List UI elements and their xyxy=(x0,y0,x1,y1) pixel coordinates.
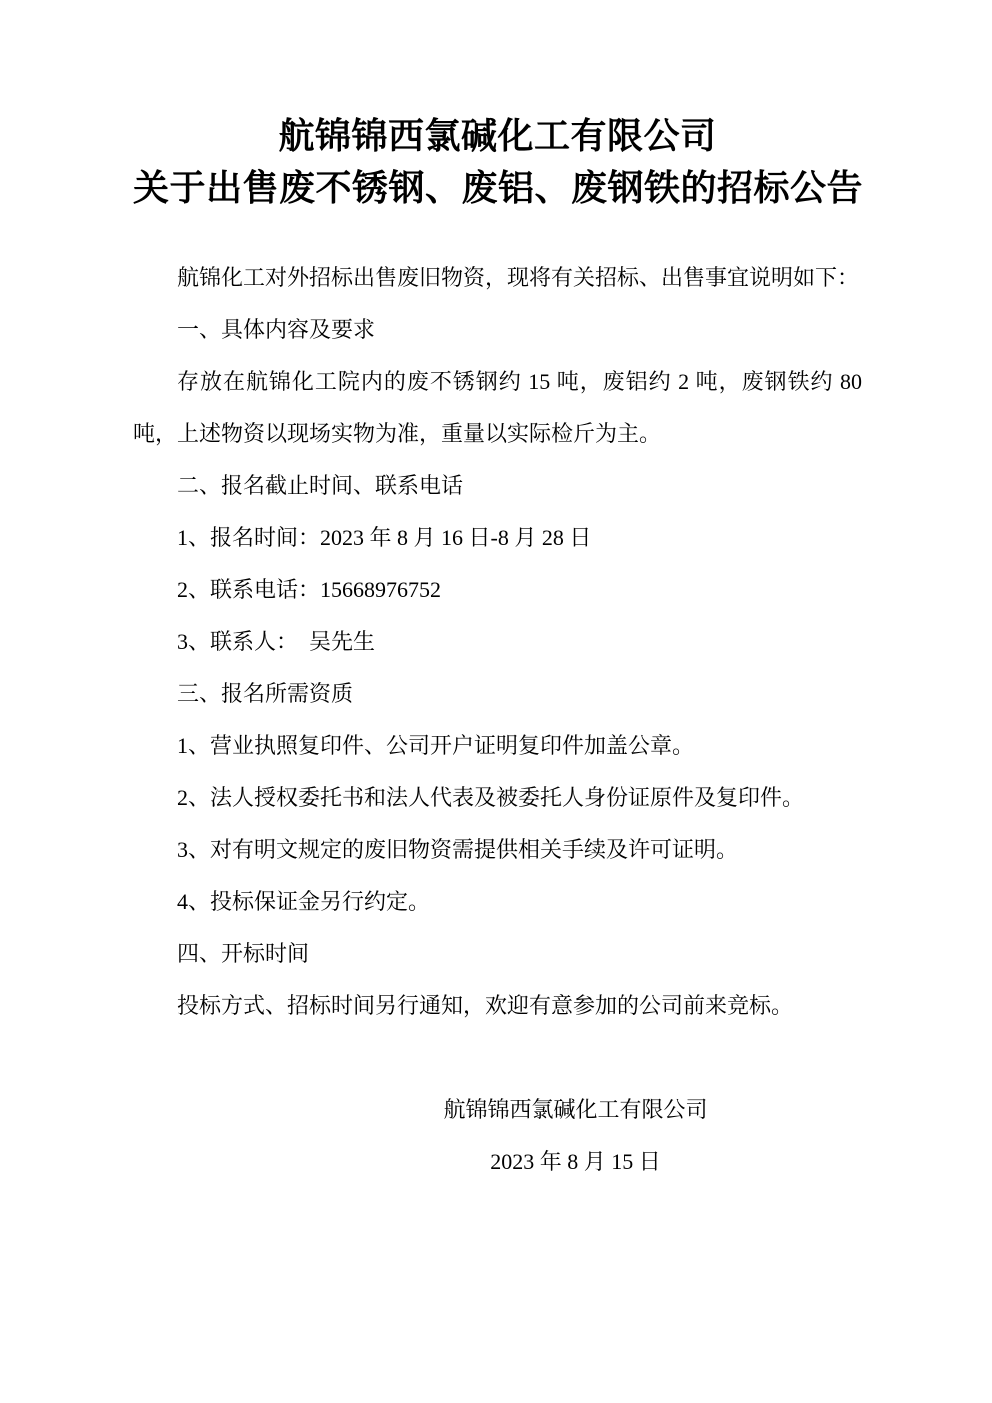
section-3-heading: 三、报名所需资质 xyxy=(133,668,862,720)
signature-company: 航锦锦西氯碱化工有限公司 xyxy=(211,1084,940,1136)
document-body: 航锦化工对外招标出售废旧物资，现将有关招标、出售事宜说明如下： 一、具体内容及要… xyxy=(133,252,862,1032)
section-1-body: 存放在航锦化工院内的废不锈钢约 15 吨，废铝约 2 吨，废钢铁约 80 吨，上… xyxy=(133,356,862,460)
signature-date: 2023 年 8 月 15 日 xyxy=(211,1136,940,1188)
document-page: 航锦锦西氯碱化工有限公司 关于出售废不锈钢、废铝、废钢铁的招标公告 航锦化工对外… xyxy=(0,0,992,1403)
list-item-contact-phone: 2、联系电话：15668976752 xyxy=(133,564,862,616)
list-item-business-license: 1、营业执照复印件、公司开户证明复印件加盖公章。 xyxy=(133,720,862,772)
section-1-heading: 一、具体内容及要求 xyxy=(133,304,862,356)
signature-block: 航锦锦西氯碱化工有限公司 2023 年 8 月 15 日 xyxy=(211,1084,940,1188)
list-item-registration-time: 1、报名时间：2023 年 8 月 16 日-8 月 28 日 xyxy=(133,512,862,564)
section-4-heading: 四、开标时间 xyxy=(133,928,862,980)
section-2-heading: 二、报名截止时间、联系电话 xyxy=(133,460,862,512)
section-4-body: 投标方式、招标时间另行通知，欢迎有意参加的公司前来竞标。 xyxy=(133,980,862,1032)
document-title-line2: 关于出售废不锈钢、废铝、废钢铁的招标公告 xyxy=(133,162,862,214)
list-item-permits: 3、对有明文规定的废旧物资需提供相关手续及许可证明。 xyxy=(133,824,862,876)
list-item-bid-deposit: 4、投标保证金另行约定。 xyxy=(133,876,862,928)
document-title-line1: 航锦锦西氯碱化工有限公司 xyxy=(133,110,862,162)
list-item-legal-authorization: 2、法人授权委托书和法人代表及被委托人身份证原件及复印件。 xyxy=(133,772,862,824)
list-item-contact-person: 3、联系人： 吴先生 xyxy=(133,616,862,668)
document-title: 航锦锦西氯碱化工有限公司 关于出售废不锈钢、废铝、废钢铁的招标公告 xyxy=(133,110,862,214)
intro-paragraph: 航锦化工对外招标出售废旧物资，现将有关招标、出售事宜说明如下： xyxy=(133,252,862,304)
